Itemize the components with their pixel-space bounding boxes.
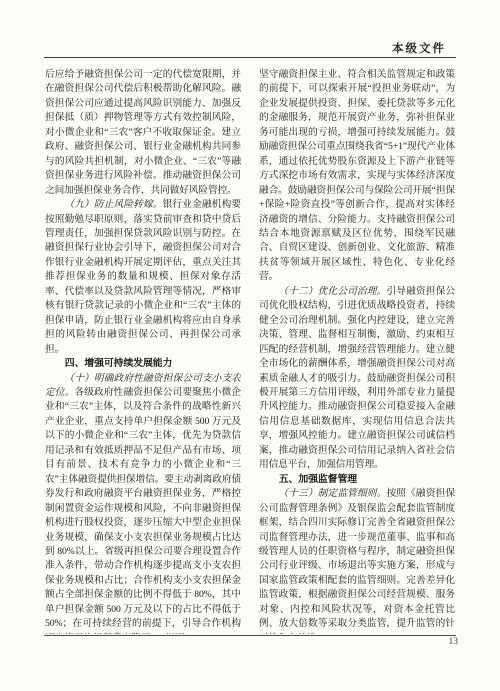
paragraph-text: 银行业金融机构要按照勤勉尽职原则，落实贷前审查和贷中贷后管理责任，加强担保贷款风… [45, 199, 241, 355]
section-heading: 四、增强可持续发展能力 [45, 357, 241, 371]
paragraph: （十三）制定监管细则。按照《融资担保公司监督管理条例》及银保监会配套监管制度框架… [259, 487, 455, 634]
paragraph-text: 坚守融资担保主业、符合相关监管规定和政策的前提下，可以探索开展“投担业务联动”，… [259, 69, 455, 282]
left-column: 后应给予融资担保公司一定的代偿宽限期，并在融资担保公司代偿后积极帮助化解风险。融… [45, 68, 241, 634]
header-rule [44, 57, 456, 58]
clause-title: （十三）制定监管细则。 [278, 488, 386, 499]
footer-rule [44, 635, 456, 636]
paragraph: 坚守融资担保主业、符合相关监管规定和政策的前提下，可以探索开展“投担业务联动”，… [259, 68, 455, 285]
right-column: 坚守融资担保主业、符合相关监管规定和政策的前提下，可以探索开展“投担业务联动”，… [259, 68, 455, 634]
header-label: 本级文件 [392, 40, 446, 56]
paragraph: （十）明确政府性融资担保公司支小支农定位。各级政府性融资担保公司要聚焦小微企业和… [45, 372, 241, 634]
clause-title: （九）防止风险转嫁。 [64, 199, 162, 210]
page-header: 本级文件 [44, 40, 456, 58]
page-number: 13 [449, 637, 459, 647]
paragraph: （十二）优化公司治理。引导融资担保公司优化股权结构，引进优质战略投资者，持续健全… [259, 285, 455, 473]
document-body: 后应给予融资担保公司一定的代偿宽限期，并在融资担保公司代偿后积极帮助化解风险。融… [45, 68, 455, 634]
section-heading: 五、加强监督管理 [259, 473, 455, 487]
clause-title: （十二）优化公司治理。 [278, 286, 386, 297]
paragraph: （九）防止风险转嫁。银行业金融机构要按照勤勉尽职原则，落实贷前审查和贷中贷后管理… [45, 198, 241, 357]
paragraph-text: 引导融资担保公司优化股权结构，引进优质战略投资者，持续健全公司治理机制。强化内控… [259, 286, 455, 470]
page-footer: 13 [44, 635, 456, 655]
paragraph: 后应给予融资担保公司一定的代偿宽限期，并在融资担保公司代偿后积极帮助化解风险。融… [45, 68, 241, 198]
paragraph-text: 按照《融资担保公司监督管理条例》及银保监会配套监管制度框架，结合四川实际修订完善… [259, 488, 455, 634]
paragraph-text: 各级政府性融资担保公司要聚焦小微企业和“三农”主体，以及符合条件的战略性新兴产业… [45, 387, 241, 634]
paragraph-text: 后应给予融资担保公司一定的代偿宽限期，并在融资担保公司代偿后积极帮助化解风险。融… [45, 69, 241, 196]
document-page: 本级文件 后应给予融资担保公司一定的代偿宽限期，并在融资担保公司代偿后积极帮助化… [0, 0, 500, 691]
